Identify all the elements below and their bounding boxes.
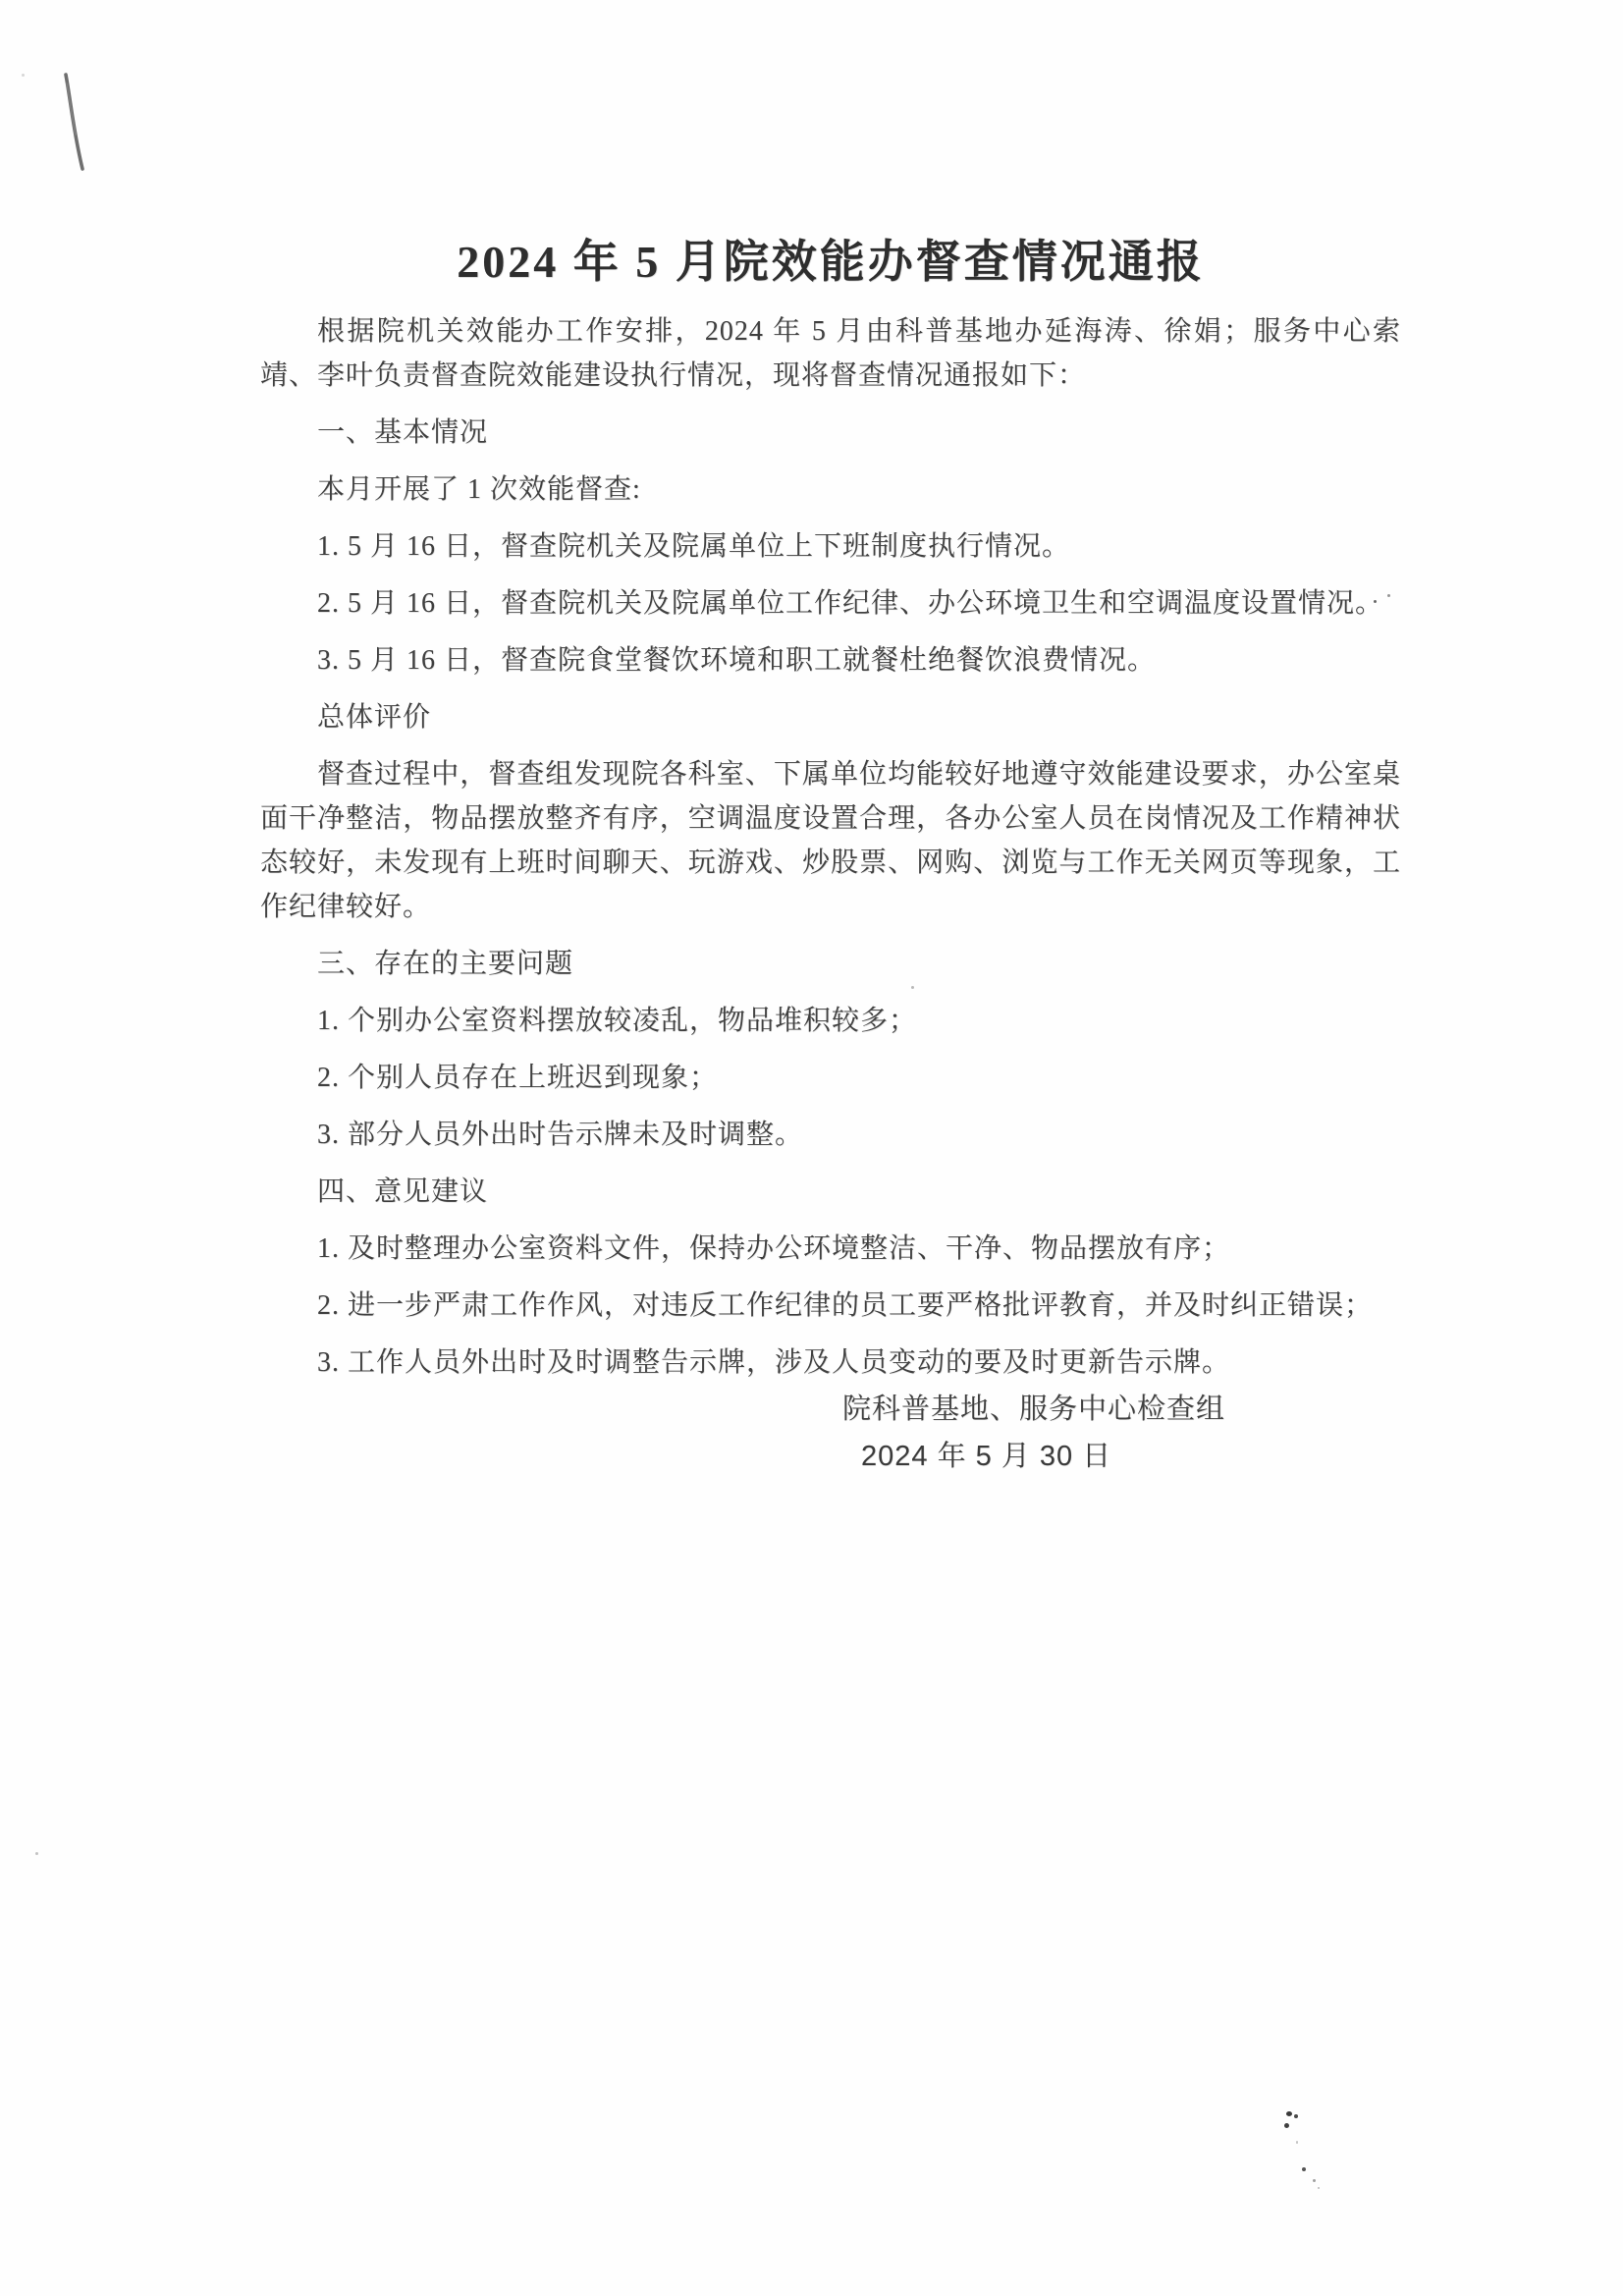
ink-speck [1387,594,1390,597]
ink-speck [1318,2187,1320,2189]
document-title: 2024 年 5 月院效能办督查情况通报 [260,226,1401,291]
section-heading-basic: 一、基本情况 [260,410,1401,455]
inspection-item: 3. 5 月 16 日，督查院食堂餐饮环境和职工就餐杜绝餐饮浪费情况。 [260,638,1401,683]
inspection-item: 1. 5 月 16 日，督查院机关及院属单位上下班制度执行情况。 [260,524,1401,569]
ink-speck [22,74,25,77]
evaluation-paragraph: 督查过程中，督查组发现院各科室、下属单位均能较好地遵守效能建设要求，办公室桌面干… [260,752,1401,929]
ink-speck [1284,2123,1289,2128]
suggestion-item: 1. 及时整理办公室资料文件，保持办公环境整洁、干净、物品摆放有序； [260,1227,1401,1271]
paragraph-overview: 本月开展了 1 次效能督查: [260,467,1401,512]
ink-speck [911,986,914,989]
ink-speck [1313,2179,1316,2182]
ink-speck [1296,2141,1298,2144]
problem-item: 3. 部分人员外出时告示牌未及时调整。 [260,1113,1401,1157]
section-heading-problems: 三、存在的主要问题 [260,942,1401,986]
inspection-item: 2. 5 月 16 日，督查院机关及院属单位工作纪律、办公环境卫生和空调温度设置… [260,581,1401,626]
intro-paragraph: 根据院机关效能办工作安排，2024 年 5 月由科普基地办延海涛、徐娟；服务中心… [260,309,1401,398]
section-heading-suggestions: 四、意见建议 [260,1170,1401,1214]
scanned-document-page: 2024 年 5 月院效能办督查情况通报 根据院机关效能办工作安排，2024 年… [0,0,1623,2296]
problem-item: 2. 个别人员存在上班迟到现象； [260,1056,1401,1100]
signature-date: 2024 年 5 月 30 日 [861,1434,1111,1474]
suggestion-item: 2. 进一步严肃工作作风，对违反工作纪律的员工要严格批评教育，并及时纠正错误； [260,1284,1401,1328]
ink-speck [1374,600,1377,603]
problem-item: 1. 个别办公室资料摆放较凌乱，物品堆积较多； [260,999,1401,1043]
pen-stroke-mark [54,62,99,184]
ink-speck [1302,2167,1306,2171]
ink-speck [1286,2111,1292,2116]
suggestion-item: 3. 工作人员外出时及时调整告示牌，涉及人员变动的要及时更新告示牌。 [260,1340,1401,1385]
ink-speck [35,1852,38,1855]
signature-org: 院科普基地、服务中心检查组 [842,1387,1225,1427]
document-body: 根据院机关效能办工作安排，2024 年 5 月由科普基地办延海涛、徐娟；服务中心… [260,309,1401,1397]
ink-speck [1294,2114,1298,2118]
subheading-evaluation: 总体评价 [260,695,1401,739]
